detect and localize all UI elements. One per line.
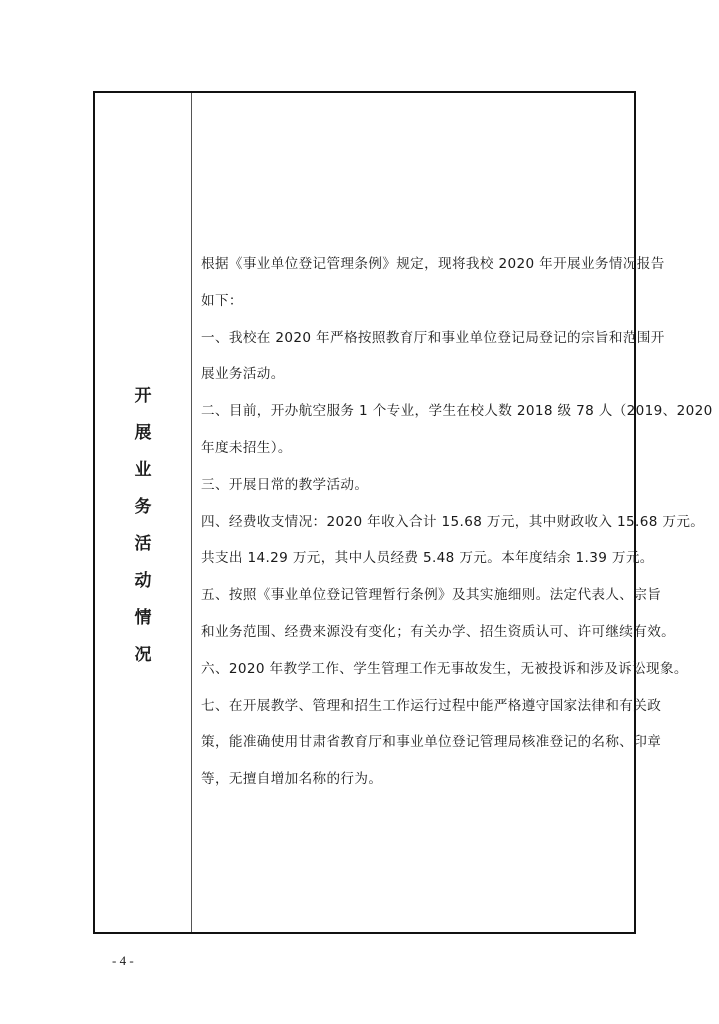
section-label: 开 展 业 务 活 动 情 况 bbox=[95, 378, 191, 674]
text-line: 七、在开展教学、管理和招生工作运行过程中能严格遵守国家法律和有关政 bbox=[201, 688, 633, 725]
text-line: 六、2020 年教学工作、学生管理工作无事故发生，无被投诉和涉及诉讼现象。 bbox=[201, 651, 633, 688]
label-char: 展 bbox=[95, 415, 191, 452]
report-table: 开 展 业 务 活 动 情 况 根据《事业单位登记管理条例》规定，现将我校 20… bbox=[93, 91, 636, 934]
label-char: 开 bbox=[95, 378, 191, 415]
text-line: 和业务范围、经费来源没有变化；有关办学、招生资质认可、许可继续有效。 bbox=[201, 614, 633, 651]
text-line: 根据《事业单位登记管理条例》规定，现将我校 2020 年开展业务情况报告 bbox=[201, 246, 633, 283]
text-line: 一、我校在 2020 年严格按照教育厅和事业单位登记局登记的宗旨和范围开 bbox=[201, 320, 633, 357]
report-body: 根据《事业单位登记管理条例》规定，现将我校 2020 年开展业务情况报告 如下：… bbox=[201, 246, 633, 798]
text-line: 二、目前，开办航空服务 1 个专业，学生在校人数 2018 级 78 人（201… bbox=[201, 393, 633, 430]
text-line: 共支出 14.29 万元，其中人员经费 5.48 万元。本年度结余 1.39 万… bbox=[201, 540, 633, 577]
column-divider bbox=[191, 93, 192, 932]
label-char: 情 bbox=[95, 600, 191, 637]
text-line: 五、按照《事业单位登记管理暂行条例》及其实施细则。法定代表人、宗旨 bbox=[201, 577, 633, 614]
text-line: 等，无擅自增加名称的行为。 bbox=[201, 761, 633, 798]
section-label-cell: 开 展 业 务 活 动 情 况 bbox=[95, 93, 191, 932]
text-line: 展业务活动。 bbox=[201, 356, 633, 393]
label-char: 业 bbox=[95, 452, 191, 489]
label-char: 活 bbox=[95, 526, 191, 563]
text-line: 年度未招生）。 bbox=[201, 430, 633, 467]
label-char: 务 bbox=[95, 489, 191, 526]
label-char: 况 bbox=[95, 637, 191, 674]
text-line: 策，能准确使用甘肃省教育厅和事业单位登记管理局核准登记的名称、印章 bbox=[201, 724, 633, 761]
text-line: 三、开展日常的教学活动。 bbox=[201, 467, 633, 504]
label-char: 动 bbox=[95, 563, 191, 600]
text-line: 四、经费收支情况：2020 年收入合计 15.68 万元，其中财政收入 15.6… bbox=[201, 504, 633, 541]
page-number: - 4 - bbox=[112, 953, 134, 969]
text-line: 如下： bbox=[201, 283, 633, 320]
